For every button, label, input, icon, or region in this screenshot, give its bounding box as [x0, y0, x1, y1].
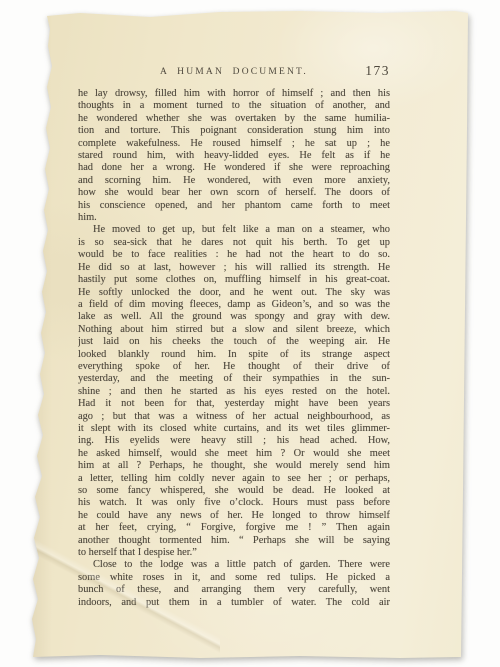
text-line: he wondered whether she was overtaken by…	[78, 113, 390, 125]
text-line: and scorning him. He wondered, with even…	[78, 175, 390, 187]
text-line: is so sea-sick that he dares not quit hi…	[78, 237, 390, 249]
text-line: ago ; but that was a witness of her actu…	[78, 411, 390, 423]
text-line: he asked himself, would she meet him ? O…	[78, 448, 390, 460]
text-line: complete wakefulness. He roused himself …	[78, 138, 390, 150]
text-line: yesterday, and the meeting of their symp…	[78, 373, 390, 385]
text-line: had done her a wrong. He wondered if she…	[78, 162, 390, 174]
text-line: to herself that I despise her.”	[78, 547, 390, 559]
text-line: another thought tormented him. “ Perhaps…	[78, 535, 390, 547]
page-number: 173	[365, 63, 390, 79]
text-line: his conscience opened, and her phantom c…	[78, 200, 390, 212]
text-line: hastily put some clothes on, muffling hi…	[78, 274, 390, 286]
text-line: thoughts in a moment turned to the situa…	[78, 100, 390, 112]
text-line: stared round him, with heavy-lidded eyes…	[78, 150, 390, 162]
text-line: He did so at last, however ; his will ra…	[78, 262, 390, 274]
page-shadow: A HUMAN DOCUMENT. 173 he lay drowsy, fil…	[30, 9, 470, 661]
scan-background: A HUMAN DOCUMENT. 173 he lay drowsy, fil…	[0, 0, 500, 667]
text-line: lake as well. All the ground was spongy …	[78, 311, 390, 323]
text-line: Close to the lodge was a little patch of…	[78, 559, 390, 571]
page-header: A HUMAN DOCUMENT. 173	[78, 65, 390, 79]
page-content: A HUMAN DOCUMENT. 173 he lay drowsy, fil…	[78, 65, 390, 609]
text-line: Had it not been for that, yesterday migh…	[78, 398, 390, 410]
text-line: Nothing about him stirred but a slow and…	[78, 324, 390, 336]
text-line: indoors, and put them in a tumbler of wa…	[78, 597, 390, 609]
text-line: He softly unlocked the door, and he went…	[78, 287, 390, 299]
text-line: some white roses in it, and some red tul…	[78, 572, 390, 584]
text-line: bunch of these, and arranging them very …	[78, 584, 390, 596]
text-line: would be to face realities : he had not …	[78, 249, 390, 261]
text-line: him.	[78, 212, 390, 224]
text-line: he lay drowsy, filled him with horror of…	[78, 88, 390, 100]
text-line: it slept with its closed white curtains,…	[78, 423, 390, 435]
text-line: He moved to get up, but felt like a man …	[78, 224, 390, 236]
text-line: just laid on his cheeks the touch of the…	[78, 336, 390, 348]
text-line: a letter, telling him coldly never again…	[78, 473, 390, 485]
book-page: A HUMAN DOCUMENT. 173 he lay drowsy, fil…	[30, 9, 470, 661]
text-line: ing. His eyelids were heavy still ; his …	[78, 435, 390, 447]
text-line: shine ; and then he started as his eyes …	[78, 386, 390, 398]
text-line: he could have any news of her. He longed…	[78, 510, 390, 522]
text-line: him at all ? Perhaps, he thought, she wo…	[78, 460, 390, 472]
text-line: so some fancy whispered, she would be de…	[78, 485, 390, 497]
text-line: a field of dim moving fleeces, damp as G…	[78, 299, 390, 311]
text-line: tion and torture. This poignant consider…	[78, 125, 390, 137]
text-line: how she would bear her own scorn of hers…	[78, 187, 390, 199]
running-header-title: A HUMAN DOCUMENT.	[160, 67, 308, 77]
text-line: his watch. It was only five o’clock. Hou…	[78, 497, 390, 509]
text-line: everything spoke of her. He thought of t…	[78, 361, 390, 373]
body-text: he lay drowsy, filled him with horror of…	[78, 88, 390, 609]
text-line: looked blankly round him. In spite of it…	[78, 349, 390, 361]
text-line: at her feet, crying, “ Forgive, forgive …	[78, 522, 390, 534]
